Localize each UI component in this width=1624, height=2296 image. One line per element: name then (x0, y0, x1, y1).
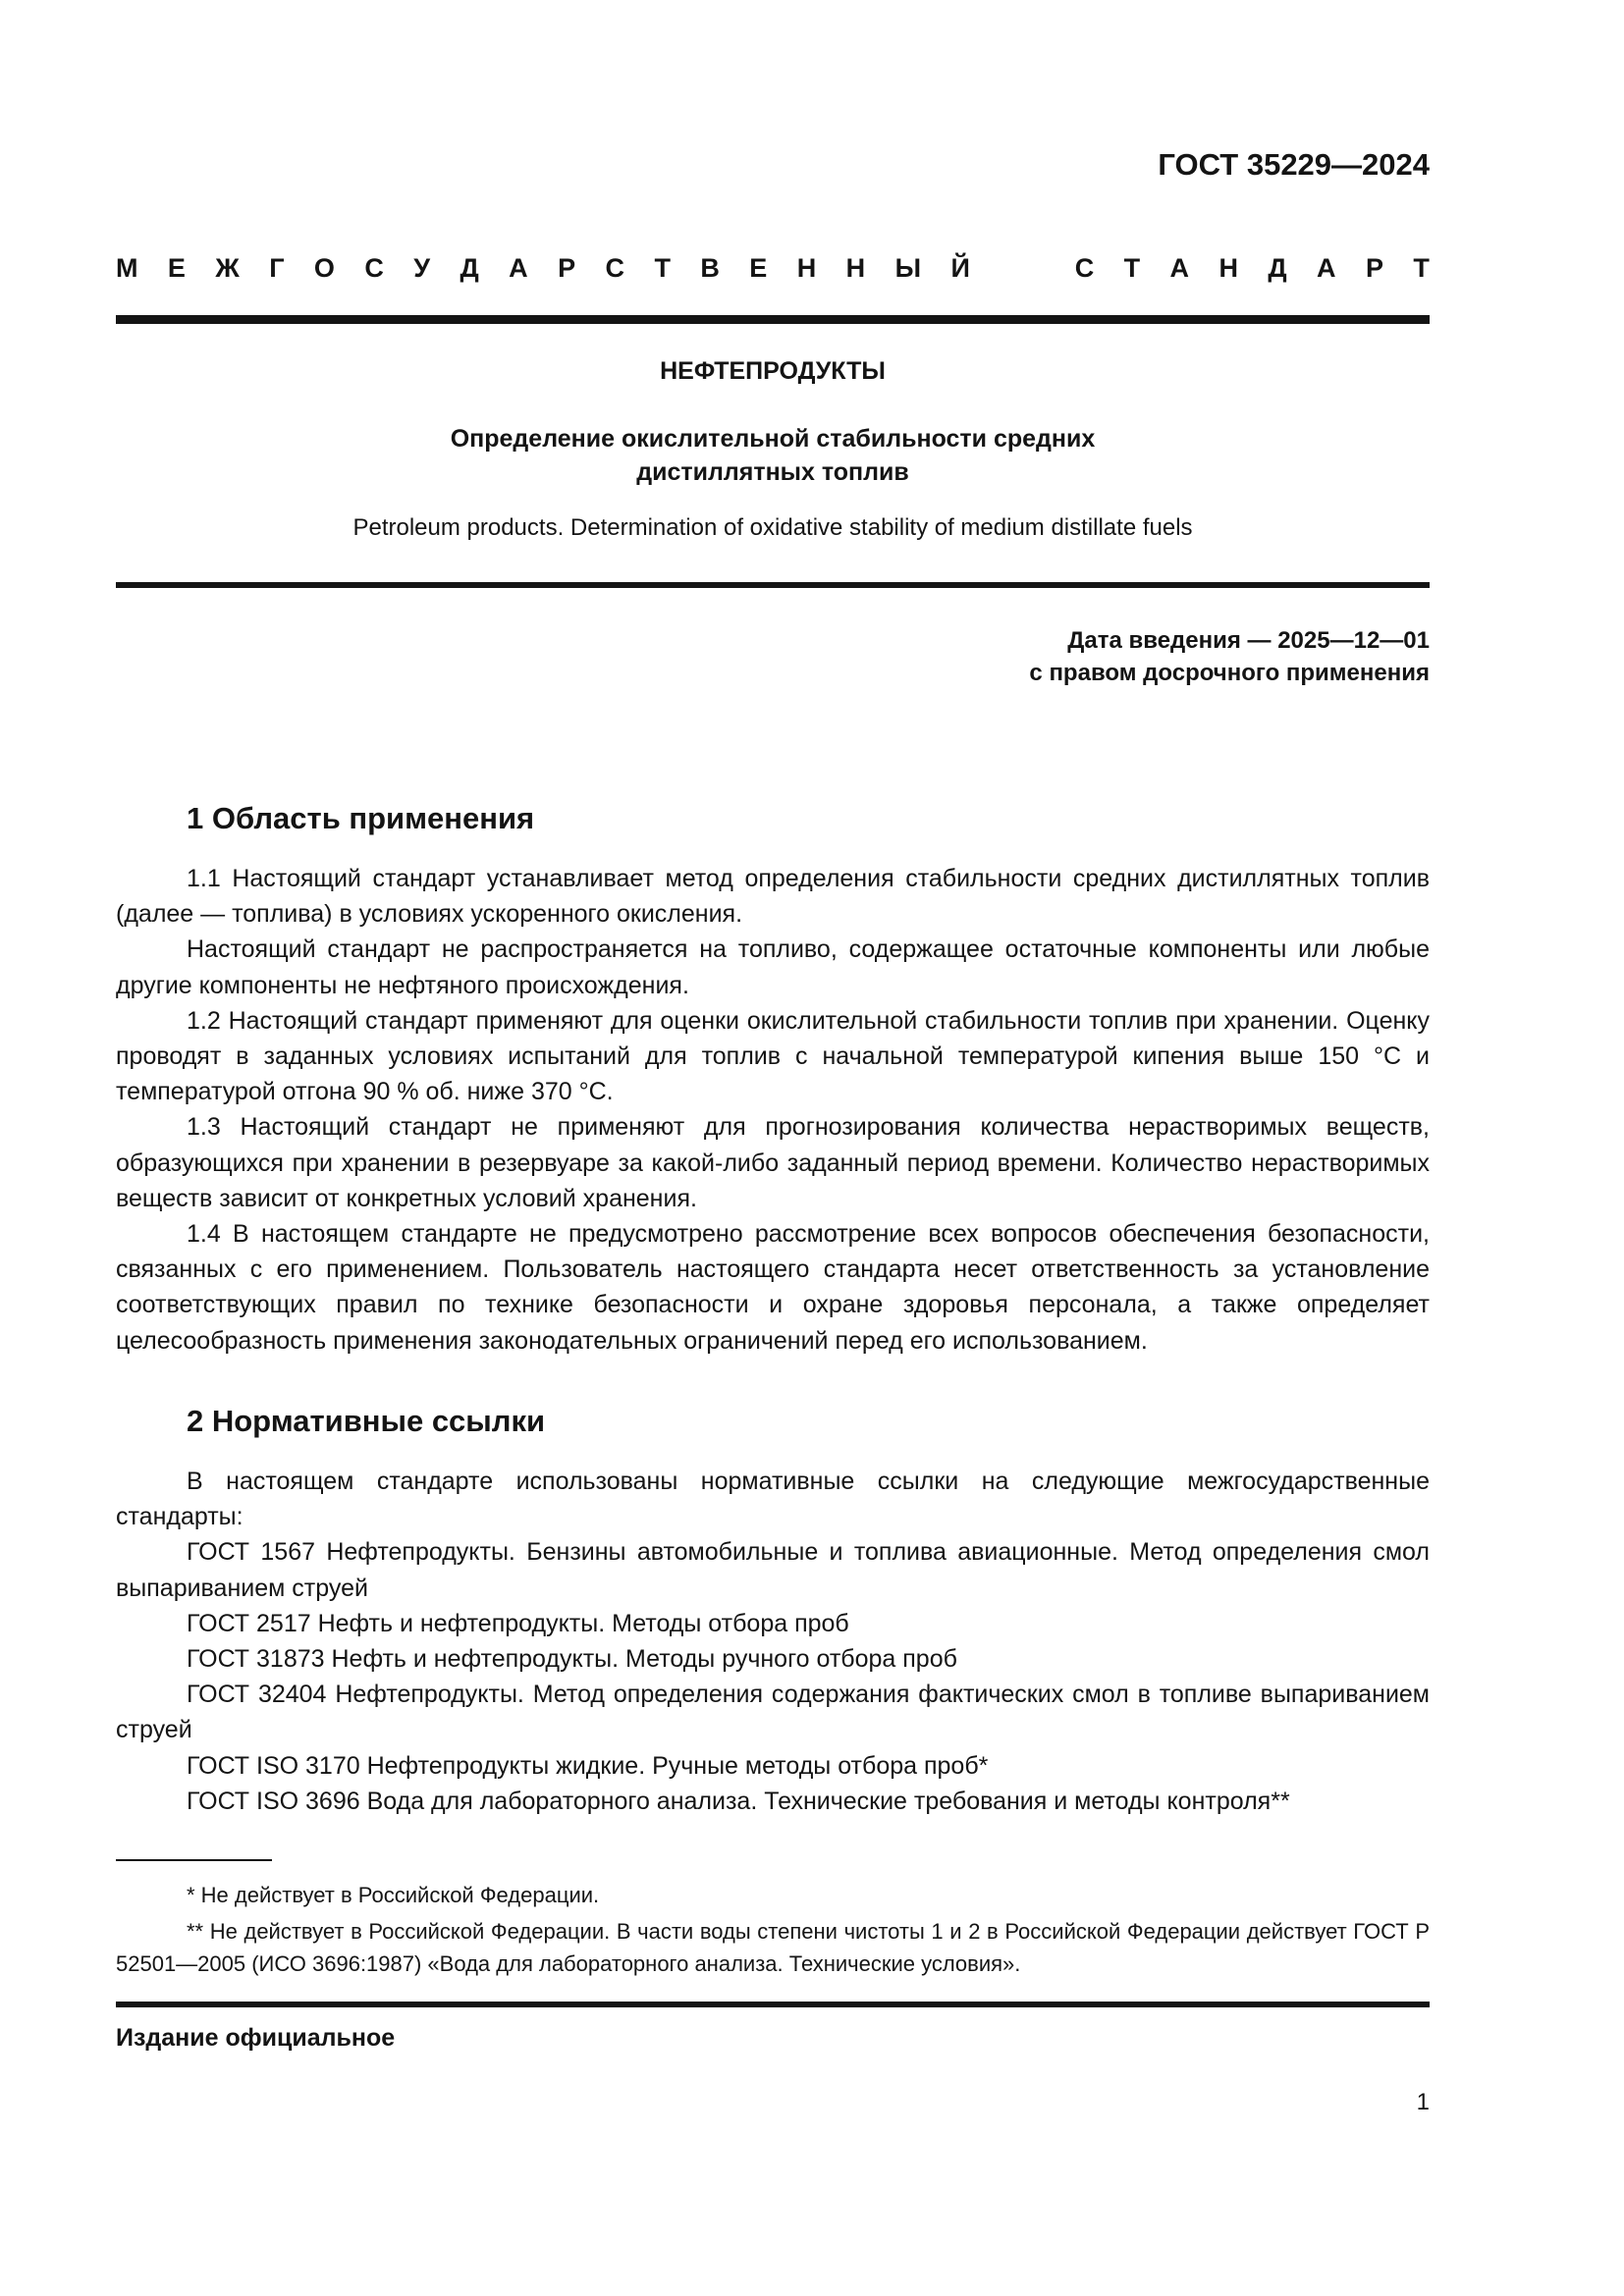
document-subtitle: Определение окислительной стабильности с… (116, 422, 1430, 489)
banner-letter: Ы (895, 253, 921, 284)
paragraph: 1.4 В настоящем стандарте не предусмотре… (116, 1216, 1430, 1359)
word-gap (1000, 253, 1045, 284)
subtitle-line-1: Определение окислительной стабильности с… (116, 422, 1430, 455)
banner-letter: М (116, 253, 138, 284)
reference-item: ГОСТ 1567 Нефтепродукты. Бензины автомоб… (116, 1534, 1430, 1605)
reference-item: ГОСТ ISO 3696 Вода для лабораторного ана… (116, 1784, 1430, 1819)
title-divider (116, 582, 1430, 588)
footer-divider (116, 2002, 1430, 2007)
banner-letter: Е (749, 253, 767, 284)
banner-letter: У (413, 253, 430, 284)
paragraph: 1.2 Настоящий стандарт применяют для оце… (116, 1003, 1430, 1110)
banner-letter: Д (1268, 253, 1286, 284)
reference-item: ГОСТ ISO 3170 Нефтепродукты жидкие. Ручн… (116, 1748, 1430, 1784)
reference-item: ГОСТ 32404 Нефтепродукты. Метод определе… (116, 1677, 1430, 1747)
banner-letter: С (364, 253, 384, 284)
subtitle-line-2: дистиллятных топлив (116, 455, 1430, 489)
banner-letter: А (509, 253, 528, 284)
banner-letter: В (700, 253, 720, 284)
introduction-date: Дата введения — 2025—12—01 с правом доср… (1029, 624, 1430, 689)
banner-letter: Д (460, 253, 479, 284)
section-scope-body: 1.1 Настоящий стандарт устанавливает мет… (116, 861, 1430, 1359)
section-heading-scope: 1 Область применения (187, 801, 534, 836)
footnotes: * Не действует в Российской Федерации. *… (116, 1879, 1430, 1984)
official-edition-label: Издание официальное (116, 2024, 395, 2053)
document-number: ГОСТ 35229—2024 (1158, 147, 1430, 183)
banner-letter: Г (269, 253, 284, 284)
banner-letter: Ж (215, 253, 239, 284)
banner-letter: С (606, 253, 625, 284)
banner-letter: Т (1413, 253, 1430, 284)
early-use-line: с правом досрочного применения (1029, 657, 1430, 689)
banner-letter: Т (1124, 253, 1141, 284)
paragraph: 1.1 Настоящий стандарт устанавливает мет… (116, 861, 1430, 932)
banner-letter: А (1317, 253, 1336, 284)
paragraph: 1.3 Настоящий стандарт не применяют для … (116, 1109, 1430, 1216)
banner-letter: Е (168, 253, 186, 284)
banner-letter: Т (654, 253, 671, 284)
standard-kind-banner: МЕЖГОСУДАРСТВЕННЫЙСТАНДАРТ (116, 253, 1430, 284)
footnote-2: ** Не действует в Российской Федерации. … (116, 1915, 1430, 1980)
page-number: 1 (1417, 2089, 1430, 2116)
banner-letter: Н (1218, 253, 1238, 284)
section-references-body: В настоящем стандарте использованы норма… (116, 1464, 1430, 1819)
date-line: Дата введения — 2025—12—01 (1029, 624, 1430, 657)
document-title: НЕФТЕПРОДУКТЫ (116, 357, 1430, 386)
banner-letter: А (1170, 253, 1190, 284)
english-title: Petroleum products. Determination of oxi… (116, 514, 1430, 542)
banner-letter: Р (1366, 253, 1383, 284)
footnote-1: * Не действует в Российской Федерации. (116, 1879, 1430, 1911)
banner-letter: С (1075, 253, 1095, 284)
banner-letter: Н (797, 253, 817, 284)
banner-letter: Р (558, 253, 575, 284)
banner-letter: Н (846, 253, 866, 284)
footnote-divider (116, 1859, 272, 1861)
banner-letter: О (314, 253, 335, 284)
reference-item: ГОСТ 31873 Нефть и нефтепродукты. Методы… (116, 1641, 1430, 1677)
paragraph: В настоящем стандарте использованы норма… (116, 1464, 1430, 1534)
paragraph: Настоящий стандарт не распространяется н… (116, 932, 1430, 1002)
section-heading-normative-references: 2 Нормативные ссылки (187, 1404, 545, 1439)
top-divider (116, 315, 1430, 324)
reference-item: ГОСТ 2517 Нефть и нефтепродукты. Методы … (116, 1606, 1430, 1641)
banner-letter: Й (950, 253, 969, 284)
